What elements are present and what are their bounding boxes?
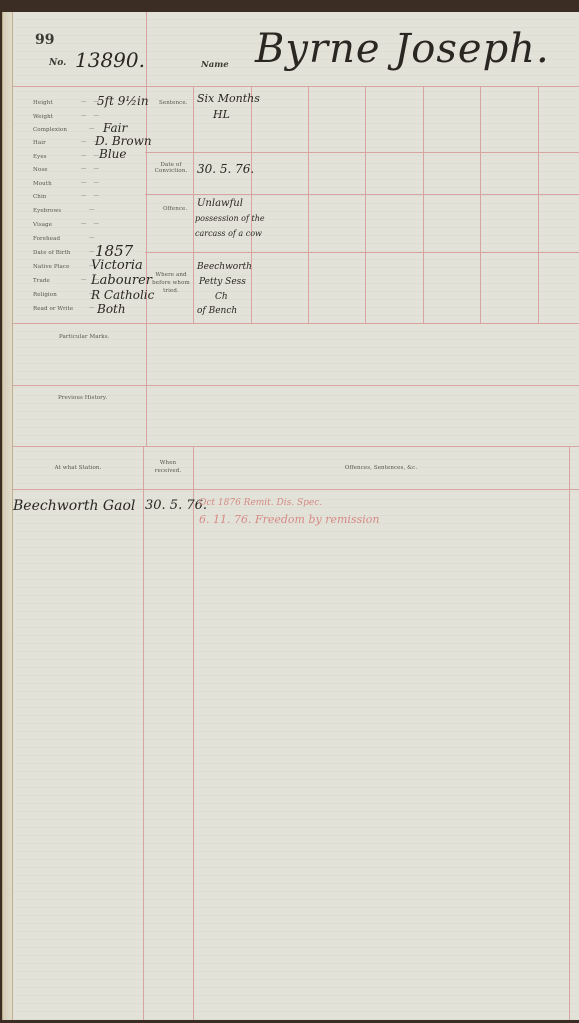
field-label-height: Height — [33, 100, 53, 106]
register-sheet: 99 No. 13890. Name Byrne Joseph. Height … — [2, 12, 579, 1020]
rule — [251, 86, 252, 323]
offence-cell-line: Oct 1876 Remit. Dis. Spec. — [199, 498, 322, 508]
field-label-complexion: Complexion — [33, 127, 67, 133]
page-number: 99 — [35, 32, 54, 48]
station-cell: Beechworth Gaol — [13, 498, 135, 514]
field-value-native-place: Victoria — [91, 258, 143, 273]
offence-value-line: possession of the — [195, 214, 265, 223]
rule — [13, 86, 579, 87]
column-header-received: When received. — [143, 459, 193, 475]
field-value-height: 5ft 9½in — [97, 94, 149, 108]
field-label-eyes: Eyes — [33, 154, 47, 160]
dash-leader: — — — [81, 166, 99, 172]
field-label-mouth: Mouth — [33, 181, 52, 187]
tried-label-line: tried. — [163, 288, 179, 294]
column-header-station: At what Station. — [13, 465, 143, 471]
rule — [193, 86, 194, 323]
date-of-conviction-label: Date of Conviction. — [149, 162, 193, 174]
field-label-chin: Chin — [33, 194, 46, 200]
dash-leader: — — — [81, 193, 99, 199]
dash-leader: — — [89, 235, 95, 241]
name-label: Name — [201, 60, 229, 70]
sentence-value-hard-labour: HL — [213, 108, 230, 121]
dash-leader: — — — [81, 180, 99, 186]
date-of-conviction-value: 30. 5. 76. — [197, 162, 254, 176]
date-label-line: Conviction. — [155, 168, 188, 174]
rule — [365, 86, 366, 323]
where-tried-value-line: Ch — [215, 292, 228, 302]
rule — [145, 152, 579, 153]
field-label-religion: Religion — [33, 292, 57, 298]
rule — [146, 12, 147, 446]
rule — [13, 489, 579, 490]
received-header-line: received. — [155, 468, 182, 474]
rule — [145, 252, 579, 253]
where-tried-label: Where and before whom tried. — [149, 271, 193, 295]
field-label-nose: Nose — [33, 167, 48, 173]
field-value-read-or-write: Both — [97, 302, 126, 316]
rule — [538, 86, 539, 323]
previous-history-label: Previous History. — [58, 395, 107, 401]
particular-marks-label: Particular Marks. — [59, 334, 110, 340]
rule — [145, 194, 579, 195]
dash-leader: — — [89, 126, 95, 132]
rule — [569, 446, 570, 1020]
rule — [423, 86, 424, 323]
field-label-forehead: Forehead — [33, 236, 60, 242]
rule — [13, 323, 579, 324]
prisoner-name: Byrne Joseph. — [255, 26, 550, 72]
sentence-label: Sentence. — [159, 100, 188, 106]
where-tried-value-line: of Bench — [197, 306, 237, 316]
field-label-native-place: Native Place — [33, 264, 69, 270]
tried-label-line: Where and — [155, 272, 186, 278]
where-tried-value-line: Petty Sess — [199, 277, 246, 287]
register-no-label: No. — [49, 58, 66, 68]
offence-cell-line: 6. 11. 76. Freedom by remission — [199, 513, 379, 526]
rule — [480, 86, 481, 323]
dash-leader: — — — [81, 221, 99, 227]
offence-value-line: Unlawful — [197, 198, 243, 209]
field-label-read-or-write: Read or Write — [33, 306, 73, 312]
dash-leader: — — [89, 249, 95, 255]
dash-leader: — — [89, 207, 95, 213]
dash-leader: — — — [81, 153, 99, 159]
register-number: 13890. — [75, 48, 145, 72]
field-value-religion: R Catholic — [91, 288, 154, 302]
rule — [193, 446, 194, 1020]
dash-leader: — — [89, 305, 95, 311]
sentence-value: Six Months — [197, 92, 260, 105]
tried-label-line: before whom — [152, 280, 190, 286]
field-label-weight: Weight — [33, 114, 53, 120]
field-label-hair: Hair — [33, 140, 46, 146]
field-label-date-of-birth: Date of Birth — [33, 250, 70, 256]
rule — [143, 446, 144, 1020]
field-label-visage: Visage — [33, 222, 52, 228]
field-value-eyes: Blue — [99, 147, 127, 161]
register-page-photo: 99 No. 13890. Name Byrne Joseph. Height … — [0, 0, 579, 1023]
rule — [308, 86, 309, 323]
binding-edge — [3, 12, 13, 1020]
field-value-trade: Labourer — [91, 273, 152, 288]
field-value-complexion: Fair — [103, 121, 127, 135]
column-header-offences: Offences, Sentences, &c. — [193, 465, 569, 471]
field-label-trade: Trade — [33, 278, 50, 284]
field-label-eyebrows: Eyebrows — [33, 208, 61, 214]
offence-label: Offence. — [163, 206, 187, 212]
offence-value-line: carcass of a cow — [195, 229, 262, 238]
where-tried-value-line: Beechworth — [197, 262, 252, 272]
received-cell: 30. 5. 76. — [145, 498, 207, 513]
received-header-line: When — [160, 460, 176, 466]
rule — [13, 446, 579, 447]
rule — [13, 385, 579, 386]
dash-leader: — — — [81, 113, 99, 119]
field-value-hair: D. Brown — [95, 134, 152, 148]
